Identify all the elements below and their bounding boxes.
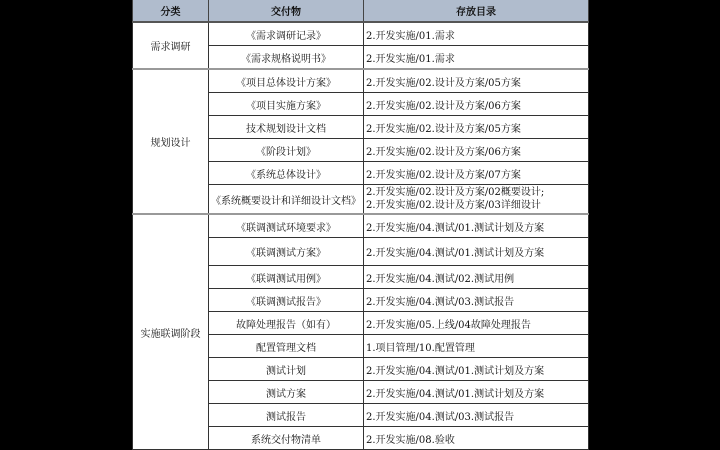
table-header-row: 分类 交付物 存放目录: [133, 0, 589, 22]
directory-cell: 2.开发实施/04.测试/02.测试用例: [364, 266, 589, 289]
deliverable-cell: 《联调测试报告》: [209, 289, 364, 312]
deliverable-cell: 测试报告: [209, 404, 364, 427]
directory-cell: 2.开发实施/02.设计及方案/07方案: [364, 162, 589, 185]
deliverable-cell: 《联调测试环境要求》: [209, 214, 364, 238]
directory-cell: 2.开发实施/01.需求: [364, 46, 589, 70]
category-cell: 实施联调阶段: [133, 214, 209, 450]
document-page: 分类 交付物 存放目录 需求调研 《需求调研记录》 2.开发实施/01.需求 《…: [132, 0, 588, 450]
directory-cell: 2.开发实施/04.测试/01.测试计划及方案: [364, 238, 589, 266]
deliverable-cell: 《系统总体设计》: [209, 162, 364, 185]
deliverable-cell: 《项目实施方案》: [209, 93, 364, 116]
directory-line: 2.开发实施/02.设计及方案/03详细设计: [366, 199, 586, 212]
deliverable-cell: 《联调测试用例》: [209, 266, 364, 289]
deliverable-cell: 《阶段计划》: [209, 139, 364, 162]
directory-cell: 2.开发实施/05.上线/04故障处理报告: [364, 312, 589, 335]
directory-cell: 2.开发实施/04.测试/01.测试计划及方案: [364, 214, 589, 238]
header-directory: 存放目录: [364, 0, 589, 22]
table-row: 规划设计 《项目总体设计方案》 2.开发实施/02.设计及方案/05方案: [133, 69, 589, 93]
deliverable-cell: 技术规划设计文档: [209, 116, 364, 139]
directory-cell: 2.开发实施/02.设计及方案/05方案: [364, 116, 589, 139]
deliverable-cell: 系统交付物清单: [209, 427, 364, 450]
deliverable-cell: 测试方案: [209, 381, 364, 404]
directory-cell: 2.开发实施/02.设计及方案/06方案: [364, 139, 589, 162]
directory-cell: 2.开发实施/04.测试/03.测试报告: [364, 289, 589, 312]
deliverable-cell: 《项目总体设计方案》: [209, 69, 364, 93]
deliverable-cell: 《需求规格说明书》: [209, 46, 364, 70]
deliverable-cell: 《需求调研记录》: [209, 22, 364, 46]
header-deliverable: 交付物: [209, 0, 364, 22]
directory-cell: 2.开发实施/04.测试/01.测试计划及方案: [364, 381, 589, 404]
deliverable-cell: 故障处理报告（如有）: [209, 312, 364, 335]
deliverables-table: 分类 交付物 存放目录 需求调研 《需求调研记录》 2.开发实施/01.需求 《…: [132, 0, 589, 450]
directory-cell: 2.开发实施/04.测试/01.测试计划及方案: [364, 358, 589, 381]
directory-cell: 2.开发实施/02.设计及方案/06方案: [364, 93, 589, 116]
deliverable-cell: 测试计划: [209, 358, 364, 381]
directory-cell: 2.开发实施/08.验收: [364, 427, 589, 450]
header-category: 分类: [133, 0, 209, 22]
deliverable-cell: 《系统概要设计和详细设计文档》: [209, 185, 364, 215]
deliverable-cell: 《联调测试方案》: [209, 238, 364, 266]
category-cell: 规划设计: [133, 69, 209, 214]
directory-cell: 2.开发实施/04.测试/03.测试报告: [364, 404, 589, 427]
deliverable-cell: 配置管理文档: [209, 335, 364, 358]
directory-cell: 2.开发实施/02.设计及方案/02概要设计; 2.开发实施/02.设计及方案/…: [364, 185, 589, 215]
directory-cell: 2.开发实施/02.设计及方案/05方案: [364, 69, 589, 93]
category-cell: 需求调研: [133, 22, 209, 69]
directory-cell: 2.开发实施/01.需求: [364, 22, 589, 46]
directory-line: 2.开发实施/02.设计及方案/02概要设计;: [366, 186, 586, 199]
directory-cell: 1.项目管理/10.配置管理: [364, 335, 589, 358]
table-row: 需求调研 《需求调研记录》 2.开发实施/01.需求: [133, 22, 589, 46]
table-row: 实施联调阶段 《联调测试环境要求》 2.开发实施/04.测试/01.测试计划及方…: [133, 214, 589, 238]
